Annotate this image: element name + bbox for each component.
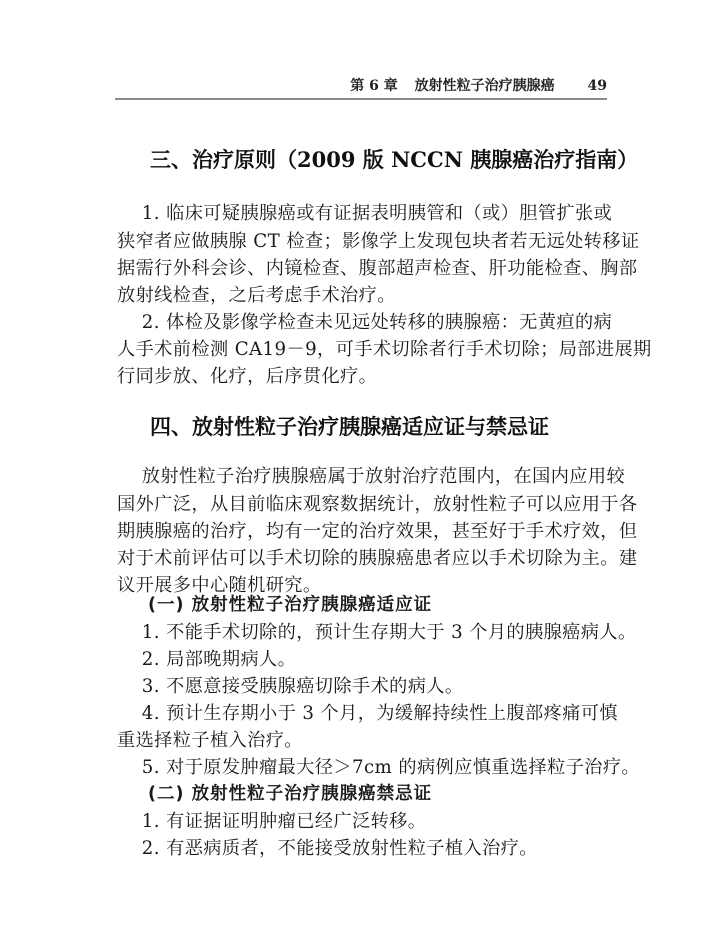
list-item: 3. 不愿意接受胰腺癌切除手术的病人。 (117, 673, 603, 700)
list-item-continued: 重选择粒子植入治疗。 (117, 727, 603, 754)
paragraph-line: 据需行外科会诊、内镜检查、腹部超声检查、肝功能检查、胸部 (117, 255, 603, 282)
paragraph-line: 期胰腺癌的治疗，均有一定的治疗效果，甚至好于手术疗效，但 (117, 518, 603, 545)
list-item: 1. 不能手术切除的，预计生存期大于 3 个月的胰腺癌病人。 (117, 619, 603, 646)
subheading-indications: (一) 放射性粒子治疗胰腺癌适应证 (148, 592, 432, 619)
list-item: 1. 有证据证明肿瘤已经广泛转移。 (117, 808, 603, 835)
section-heading-treatment-principles: 三、治疗原则（2009 版 NCCN 胰腺癌治疗指南） (150, 145, 638, 175)
list-item: 2. 有恶病质者，不能接受放射性粒子植入治疗。 (117, 835, 603, 862)
running-header: 第 6 章 放射性粒子治疗胰腺癌 49 (115, 74, 607, 98)
paragraph-line: 1. 临床可疑胰腺癌或有证据表明胰管和（或）胆管扩张或 (117, 200, 603, 227)
paragraph-line: 狭窄者应做胰腺 CT 检查；影像学上发现包块者若无远处转移证 (117, 228, 603, 255)
chapter-label: 第 6 章 (350, 78, 398, 94)
list-item: 2. 局部晚期病人。 (117, 646, 603, 673)
chapter-title: 放射性粒子治疗胰腺癌 (415, 78, 555, 94)
paragraph-line: 2. 体检及影像学检查未见远处转移的胰腺癌：无黄疸的病 (117, 309, 603, 336)
paragraph-line: 行同步放、化疗，后序贯化疗。 (117, 363, 603, 390)
list-item: 4. 预计生存期小于 3 个月，为缓解持续性上腹部疼痛可慎 (117, 700, 603, 727)
section-heading-indications-contraindications: 四、放射性粒子治疗胰腺癌适应证与禁忌证 (150, 412, 549, 442)
header-rule (115, 98, 607, 100)
paragraph-line: 对于术前评估可以手术切除的胰腺癌患者应以手术切除为主。建 (117, 545, 603, 572)
page-number: 49 (588, 78, 607, 94)
paragraph-line: 放射性粒子治疗胰腺癌属于放射治疗范围内，在国内应用较 (117, 463, 603, 490)
paragraph-line: 人手术前检测 CA19－9，可手术切除者行手术切除；局部进展期 (117, 336, 603, 363)
list-item: 5. 对于原发肿瘤最大径＞7cm 的病例应慎重选择粒子治疗。 (117, 754, 603, 781)
subheading-contraindications: (二) 放射性粒子治疗胰腺癌禁忌证 (148, 781, 432, 808)
paragraph-line: 放射线检查，之后考虑手术治疗。 (117, 282, 603, 309)
paragraph-line: 国外广泛，从目前临床观察数据统计，放射性粒子可以应用于各 (117, 491, 603, 518)
